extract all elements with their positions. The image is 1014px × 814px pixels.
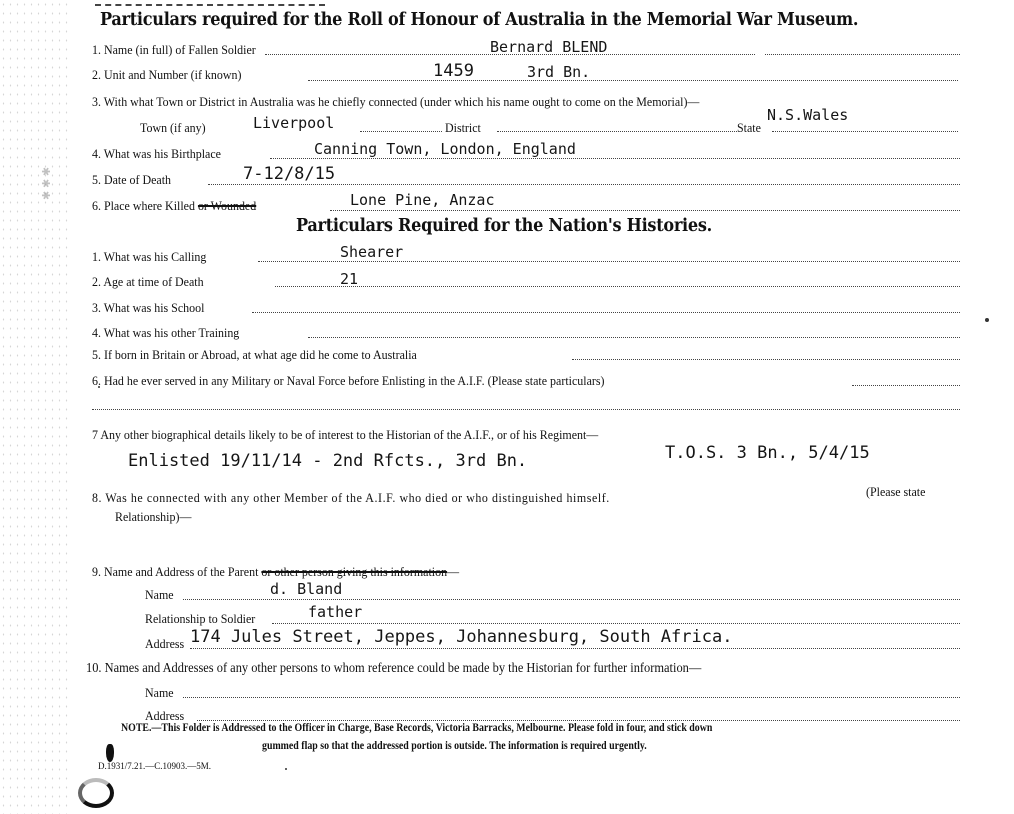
history5-label: 5. If born in Britain or Abroad, at what… — [92, 347, 417, 363]
history10-label: 10. Names and Addresses of any other per… — [86, 660, 701, 676]
town-label: Town (if any) — [140, 120, 206, 136]
speck — [285, 768, 287, 770]
place-killed-field[interactable]: Lone Pine, Anzac — [350, 191, 495, 209]
history2-line — [275, 286, 960, 287]
soldier-name-field[interactable]: Bernard BLEND — [490, 38, 607, 56]
relationship-field[interactable]: father — [308, 603, 362, 621]
parent-name-line — [183, 599, 960, 600]
item2-line — [308, 80, 958, 81]
history1-line — [258, 261, 960, 262]
relationship-line — [272, 623, 960, 624]
parent-name-field[interactable]: d. Bland — [270, 580, 342, 598]
item1-label: 1. Name (in full) of Fallen Soldier — [92, 42, 256, 58]
state-label: State — [737, 120, 761, 136]
item3-label: 3. With what Town or District in Austral… — [92, 94, 699, 110]
speck — [985, 318, 989, 322]
top-dashed-line — [95, 0, 325, 6]
age-field[interactable]: 21 — [340, 270, 358, 288]
address-label: Address — [145, 636, 184, 652]
military-service-field[interactable] — [92, 409, 960, 410]
history6-line — [852, 385, 960, 386]
history1-label: 1. What was his Calling — [92, 249, 206, 265]
struck-text: or other person giving this information — [261, 564, 447, 579]
other-training-field[interactable] — [308, 337, 960, 338]
item5-label: 5. Date of Death — [92, 172, 171, 188]
scan-margin-noise — [0, 0, 70, 814]
item4-line — [270, 158, 960, 159]
item4-label: 4. What was his Birthplace — [92, 146, 221, 162]
other-name-field[interactable] — [183, 697, 960, 698]
service-number-field[interactable]: 1459 — [433, 61, 474, 81]
history6-label: 6. Had he ever served in any Military or… — [92, 373, 605, 389]
tos-field[interactable]: T.O.S. 3 Bn., 5/4/15 — [665, 443, 870, 463]
relationship-label: Relationship to Soldier — [145, 611, 255, 627]
margin-stamp-text: ✱ ✱ ✱ — [40, 167, 53, 200]
town-field[interactable]: Liverpool — [253, 114, 334, 132]
history4-label: 4. What was his other Training — [92, 325, 239, 341]
item6-label: 6. Place where Killed or Wounded — [92, 198, 256, 214]
print-code: D.1931/7.21.—C.10903.—5M. — [98, 761, 211, 771]
calling-field[interactable]: Shearer — [340, 243, 403, 261]
age-came-to-australia-field[interactable] — [572, 359, 960, 360]
struck-text: or Wounded — [198, 198, 256, 213]
nations-histories-heading: Particulars Required for the Nation's Hi… — [296, 216, 712, 236]
birthplace-field[interactable]: Canning Town, London, England — [314, 140, 576, 158]
history2-label: 2. Age at time of Death — [92, 274, 204, 290]
speck — [98, 386, 100, 388]
state-line — [772, 131, 958, 132]
history3-label: 3. What was his School — [92, 300, 204, 316]
note-line2: gummed flap so that the addressed portio… — [262, 740, 647, 752]
parent-address-field[interactable]: 174 Jules Street, Jeppes, Johannesburg, … — [190, 627, 732, 647]
history8-label: 8. Was he connected with any other Membe… — [92, 490, 610, 506]
item1-line-ext — [765, 54, 960, 55]
district-field[interactable] — [497, 131, 737, 132]
item6-line — [330, 210, 960, 211]
other-name-label: Name — [145, 685, 174, 701]
date-of-death-field[interactable]: 7-12/8/15 — [243, 164, 335, 184]
other-address-field[interactable] — [197, 720, 960, 721]
history7-label: 7 Any other biographical details likely … — [92, 427, 598, 443]
school-field[interactable] — [252, 312, 960, 313]
history9-label: 9. Name and Address of the Parent or oth… — [92, 564, 459, 580]
town-line — [360, 131, 442, 132]
state-field[interactable]: N.S.Wales — [767, 106, 848, 124]
roll-of-honour-heading: Particulars required for the Roll of Hon… — [100, 10, 858, 30]
item2-label: 2. Unit and Number (if known) — [92, 67, 241, 83]
item5-line — [208, 184, 960, 185]
parent-name-label: Name — [145, 587, 174, 603]
history8-label-end: (Please state — [866, 484, 925, 500]
unit-field[interactable]: 3rd Bn. — [527, 63, 590, 81]
biographical-details-field[interactable]: Enlisted 19/11/14 - 2nd Rfcts., 3rd Bn. — [128, 451, 527, 471]
note-line1: NOTE.—This Folder is Addressed to the Of… — [121, 722, 712, 734]
address-line — [190, 648, 960, 649]
punch-hole-mark — [78, 778, 114, 808]
ink-blot — [106, 744, 114, 762]
district-label: District — [445, 120, 481, 136]
history8-label-line2: Relationship)— — [115, 509, 191, 525]
